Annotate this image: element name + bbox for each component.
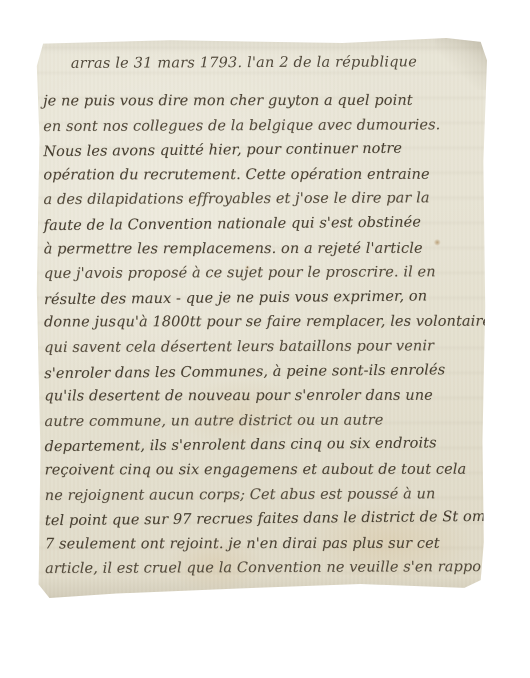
letter-line: departement, ils s'enrolent dans cinq ou… [44,431,481,460]
manuscript-page: arras le 31 mars 1793. l'an 2 de la répu… [35,38,487,598]
letter-line: opération du recrutement. Cette opératio… [43,162,480,187]
letter-content: arras le 31 mars 1793. l'an 2 de la répu… [43,49,482,582]
letter-line: que j'avois proposé à ce sujet pour le p… [44,260,481,287]
letter-line: Nous les avons quitté hier, pour continu… [43,136,480,165]
letter-line: qui savent cela désertent leurs bataillo… [44,334,481,361]
letter-body: je ne puis vous dire mon cher guyton a q… [43,88,482,582]
letter-line: ne rejoignent aucun corps; Cet abus est … [45,482,482,509]
letter-line: faute de la Convention nationale qui s'e… [43,210,480,239]
letter-line: s'enroler dans les Communes, à peine son… [44,357,481,386]
letter-line: 7 seulement ont rejoint. je n'en dirai p… [45,531,482,556]
letter-line: autre commune, un autre district ou un a… [44,408,481,435]
letter-line: a des dilapidations effroyables et j'ose… [43,186,480,213]
photo-background: arras le 31 mars 1793. l'an 2 de la répu… [0,0,530,678]
letter-line: je ne puis vous dire mon cher guyton a q… [43,89,480,114]
letter-line: en sont nos collegues de la belgique ave… [43,113,480,140]
letter-line: à permettre les remplacemens. on a rejet… [44,236,481,261]
letter-line: tel point que sur 97 recrues faites dans… [45,505,482,534]
letter-line: article, il est cruel que la Convention … [45,555,482,582]
letter-line: reçoivent cinq ou six engagemens et aubo… [45,458,482,483]
letter-line: donne jusqu'à 1800tt pour se faire rempl… [44,310,481,335]
letter-line: qu'ils desertent de nouveau pour s'enrol… [44,384,481,409]
letter-dateline: arras le 31 mars 1793. l'an 2 de la répu… [71,51,480,75]
letter-line: résulte des maux - que je ne puis vous e… [44,284,481,313]
